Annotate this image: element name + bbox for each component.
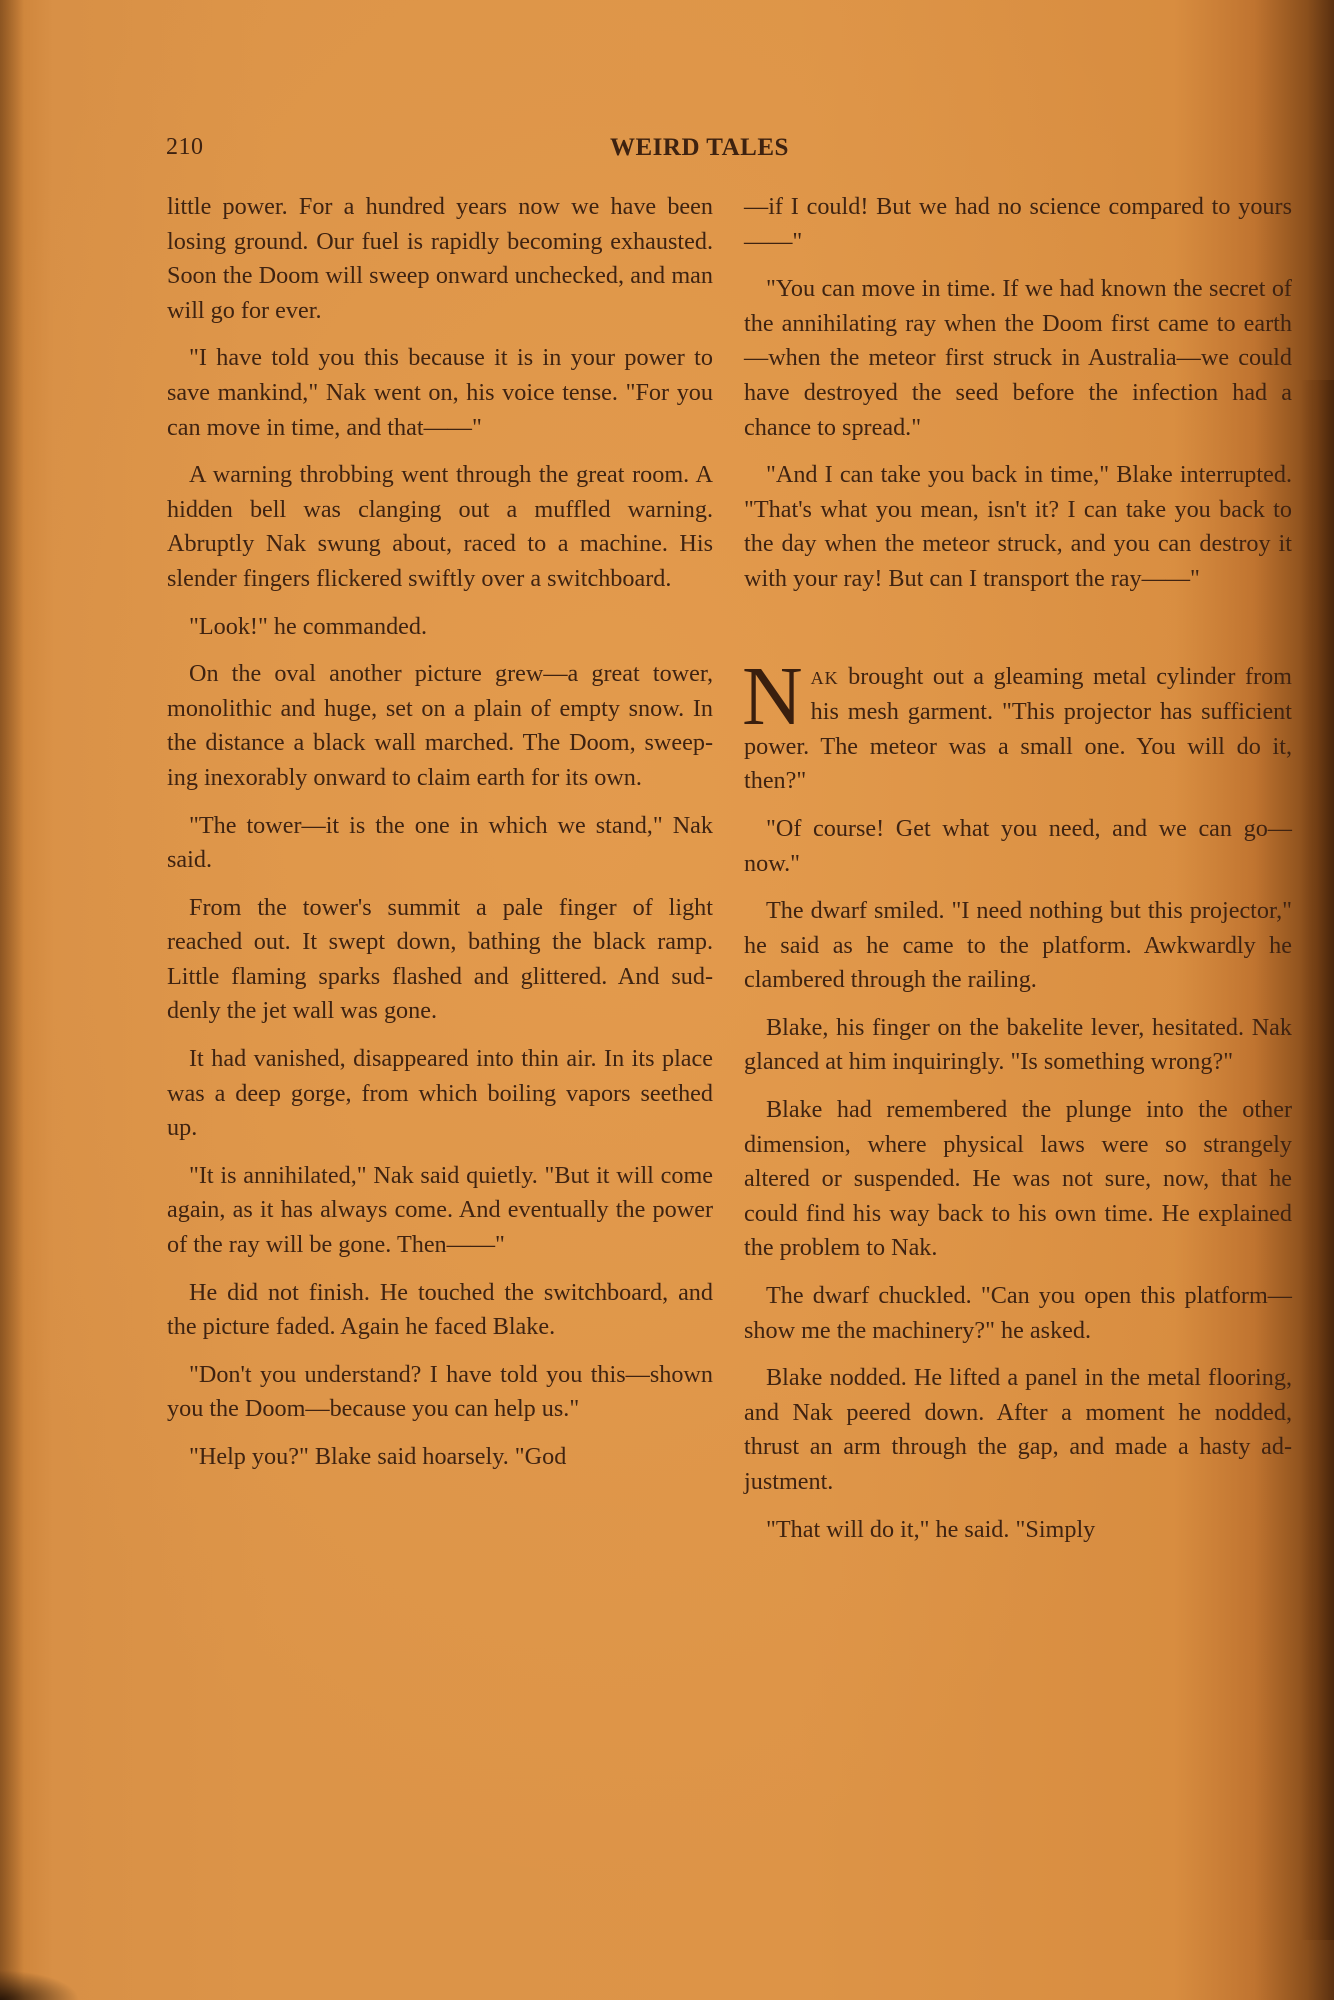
paragraph: "You can move in time. If we had known t…	[744, 272, 1292, 445]
paragraph: "The tower—it is the one in which we sta…	[167, 809, 713, 878]
paragraph: "That will do it," he said. "Simply	[744, 1513, 1292, 1548]
paragraph: Blake nodded. He lifted a panel in the m…	[744, 1361, 1292, 1499]
paragraph: He did not finish. He touched the switch…	[167, 1276, 713, 1345]
paragraph: "Of course! Get what you need, and we ca…	[744, 812, 1292, 881]
paragraph: A warning throbbing went through the gre…	[167, 458, 713, 596]
drop-cap: N	[742, 664, 803, 730]
magazine-title: WEIRD TALES	[610, 134, 789, 162]
paragraph: On the oval another picture grew—a great…	[167, 657, 713, 795]
paragraph: "And I can take you back in time," Blake…	[744, 458, 1292, 596]
paragraph: "Look!" he commanded.	[167, 610, 713, 645]
paragraph: The dwarf chuckled. "Can you open this p…	[744, 1279, 1292, 1348]
paragraph: little power. For a hundred years now we…	[167, 190, 713, 328]
page-number: 210	[166, 134, 204, 161]
paragraph: "It is annihilated," Nak said quietly. "…	[167, 1159, 713, 1263]
running-head: 210 WEIRD TALES	[0, 134, 1334, 164]
magazine-page: 210 WEIRD TALES little power. For a hund…	[0, 0, 1334, 2000]
right-column: —if I could! But we had no science com­p…	[744, 190, 1292, 1560]
paragraph: Blake, his finger on the bakelite lever,…	[744, 1011, 1292, 1080]
section-break	[744, 610, 1292, 660]
paragraph: "Don't you understand? I have told you t…	[167, 1358, 713, 1427]
paragraph: Blake had remembered the plunge into the…	[744, 1093, 1292, 1266]
paragraph: From the tower's summit a pale finger of…	[167, 891, 713, 1029]
spine-shadow	[0, 0, 24, 2000]
paragraph: —if I could! But we had no science com­p…	[744, 190, 1292, 259]
small-caps-lead: AK	[811, 668, 839, 688]
paragraph: It had vanished, disappeared into thin a…	[167, 1042, 713, 1146]
page-corner-shadow	[0, 1970, 80, 2000]
page-edge-shadow	[1300, 380, 1334, 1940]
left-column: little power. For a hundred years now we…	[167, 190, 713, 1488]
paragraph: "Help you?" Blake said hoarsely. "God	[167, 1440, 713, 1475]
paragraph: "I have told you this because it is in y…	[167, 341, 713, 445]
drop-cap-paragraph: NAK brought out a gleaming metal cylinde…	[744, 660, 1292, 799]
paragraph: The dwarf smiled. "I need nothing but th…	[744, 894, 1292, 998]
